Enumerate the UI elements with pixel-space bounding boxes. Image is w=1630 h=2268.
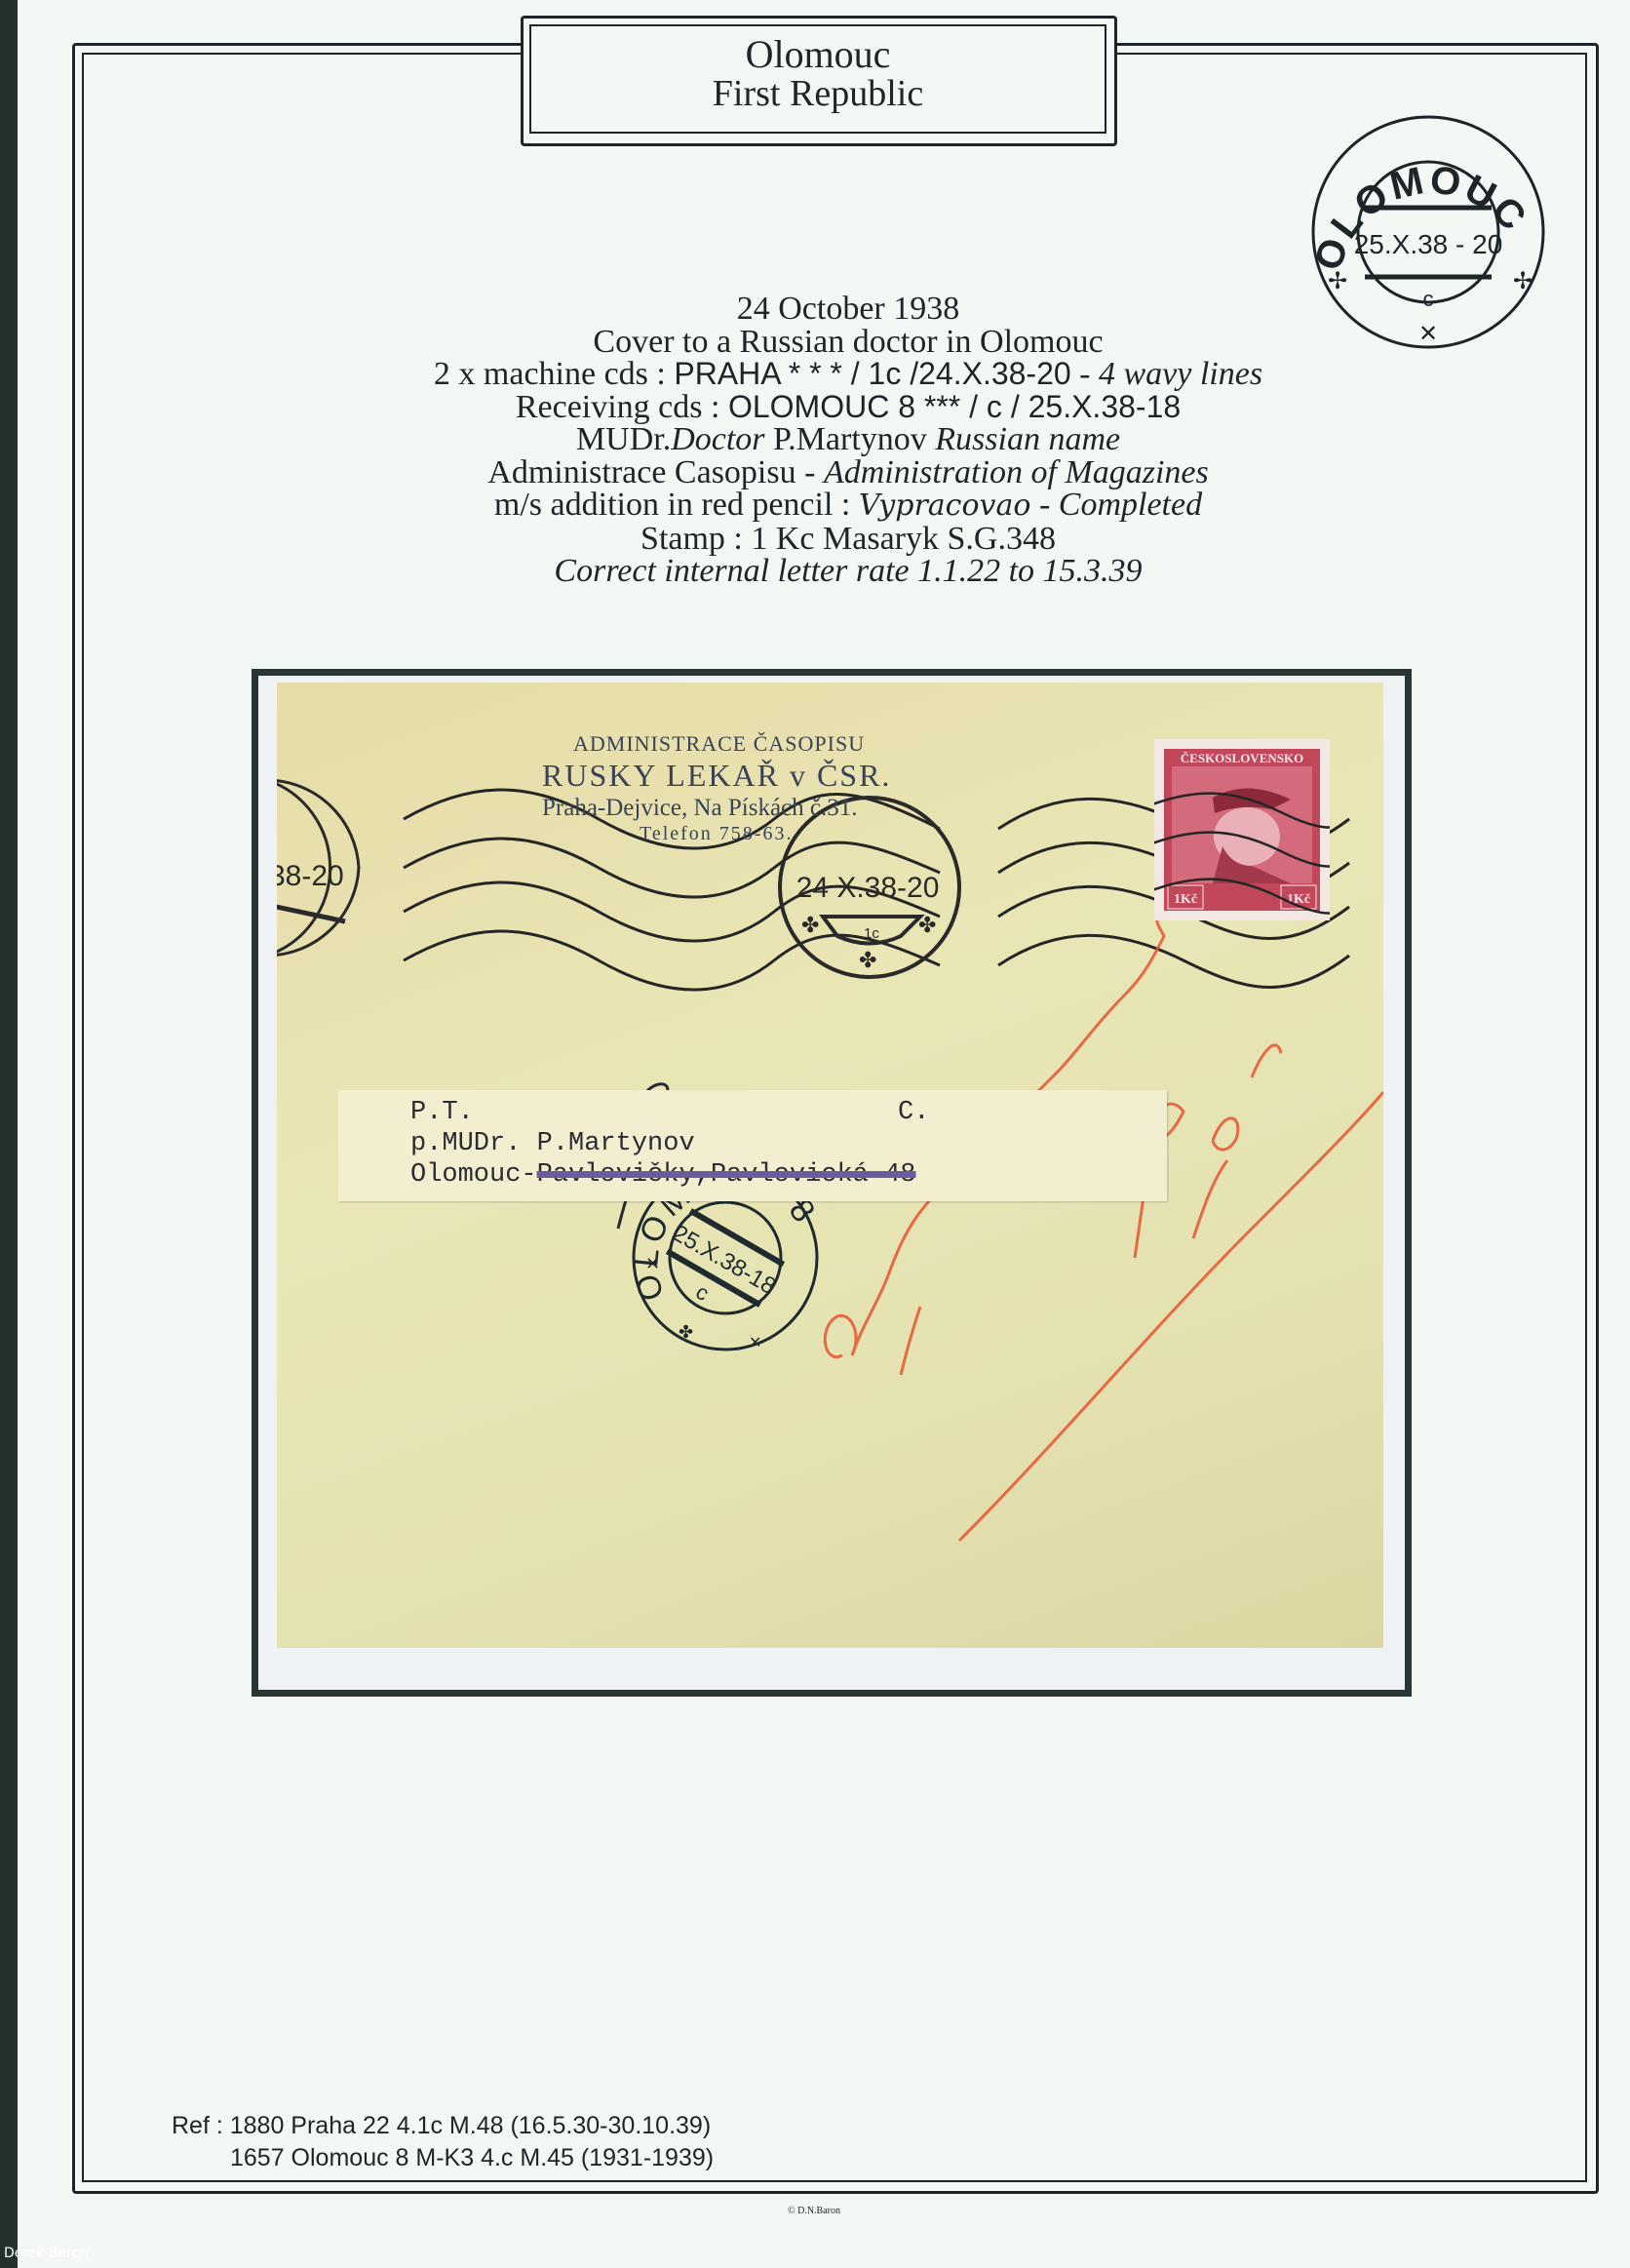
reference-line-1: Ref : 1880 Praha 22 4.1c M.48 (16.5.30-3… xyxy=(172,2110,714,2142)
title-box: Olomouc First Republic xyxy=(529,24,1106,134)
cover-summary: Cover to a Russian doctor in Olomouc xyxy=(331,326,1365,359)
addressee-line: MUDr.Doctor P.Martynov Russian name xyxy=(331,423,1365,456)
partial-machine-cancel: 38-20 xyxy=(277,780,359,956)
header-cancel-date: 25.X.38 - 20 xyxy=(1354,229,1503,259)
reference-line-2: 1657 Olomouc 8 M-K3 4.c M.45 (1931-1939) xyxy=(172,2142,714,2174)
machine-cds-note: 4 wavy lines xyxy=(1099,356,1262,392)
svg-text:✕: ✕ xyxy=(749,1335,761,1351)
red-manuscript xyxy=(825,917,1383,1541)
svg-text:38-20: 38-20 xyxy=(277,860,344,892)
cachet-line-3: Praha-Dejvice, Na Pískách č.31. xyxy=(542,794,942,823)
stamp-country: ČESKOSLOVENSKO xyxy=(1181,751,1303,765)
stamp-value: 1Kč xyxy=(1174,892,1197,907)
stamp-line: Stamp : 1 Kc Masaryk S.G.348 xyxy=(331,523,1365,556)
svg-text:c: c xyxy=(692,1279,714,1306)
copyright: © D.N.Baron xyxy=(788,2206,840,2216)
manuscript-line: m/s addition in red pencil : Vypracovao … xyxy=(331,489,1365,523)
svg-text:✤: ✤ xyxy=(679,1322,693,1342)
cachet-line-1: ADMINISTRACE ČASOPISU xyxy=(542,731,942,757)
cover-date: 24 October 1938 xyxy=(331,293,1365,326)
machine-cds-line: 2 x machine cds : PRAHA * * * / 1c /24.X… xyxy=(331,358,1365,391)
address-label: P.T. C. p.MUDr. P.Martynov Olomouc-Pavlo… xyxy=(338,1090,1167,1201)
page-title: Olomouc xyxy=(531,34,1105,75)
svg-text:✤: ✤ xyxy=(859,948,876,972)
address-line-1-right: C. xyxy=(898,1098,929,1127)
cross-ornament-icon: ✢ xyxy=(1513,269,1533,294)
header-cancel-letter: c xyxy=(1423,287,1434,311)
manuscript-word: Vypracovao xyxy=(859,489,1031,523)
sender-line: Administrace Casopisu - Administration o… xyxy=(331,456,1365,489)
references: Ref : 1880 Praha 22 4.1c M.48 (16.5.30-3… xyxy=(172,2110,714,2174)
receiving-cds-value: OLOMOUC 8 *** / c / 25.X.38-18 xyxy=(728,389,1181,424)
svg-text:1c: 1c xyxy=(864,925,879,942)
address-line-1: P.T. xyxy=(410,1098,474,1127)
cachet-line-2: RUSKY LEKAŘ v ČSR. xyxy=(542,757,942,794)
machine-cancel-date: 24 X.38-20 xyxy=(796,872,940,904)
rate-line: Correct internal letter rate 1.1.22 to 1… xyxy=(331,555,1365,588)
page-subtitle: First Republic xyxy=(531,75,1105,112)
svg-text:✕: ✕ xyxy=(645,1254,660,1273)
receiving-cds-line: Receiving cds : OLOMOUC 8 *** / c / 25.X… xyxy=(331,391,1365,424)
postage-stamp: ČESKOSLOVENSKO 1Kč 1Kč xyxy=(1154,739,1330,920)
address-line-2: p.MUDr. P.Martynov xyxy=(410,1129,695,1158)
struck-address: Pavlovičky, xyxy=(537,1160,711,1190)
watermark: Derek Baron xyxy=(4,2246,89,2261)
address-line-3: Olomouc-Pavlovičky,Pavlovická 48 xyxy=(410,1160,916,1190)
cachet-line-4: Telefon 758-63. xyxy=(542,823,942,845)
cover-description: 24 October 1938 Cover to a Russian docto… xyxy=(331,293,1365,588)
scan-edge xyxy=(0,0,18,2268)
svg-text:✤: ✤ xyxy=(918,913,936,937)
cross-ornament-icon: ✕ xyxy=(1418,322,1438,347)
cross-ornament-icon: ✢ xyxy=(1328,269,1347,294)
machine-cds-value: PRAHA * * * / 1c /24.X.38-20 xyxy=(674,356,1070,391)
sender-cachet: ADMINISTRACE ČASOPISU RUSKY LEKAŘ v ČSR.… xyxy=(542,731,942,845)
svg-text:✤: ✤ xyxy=(801,913,819,937)
